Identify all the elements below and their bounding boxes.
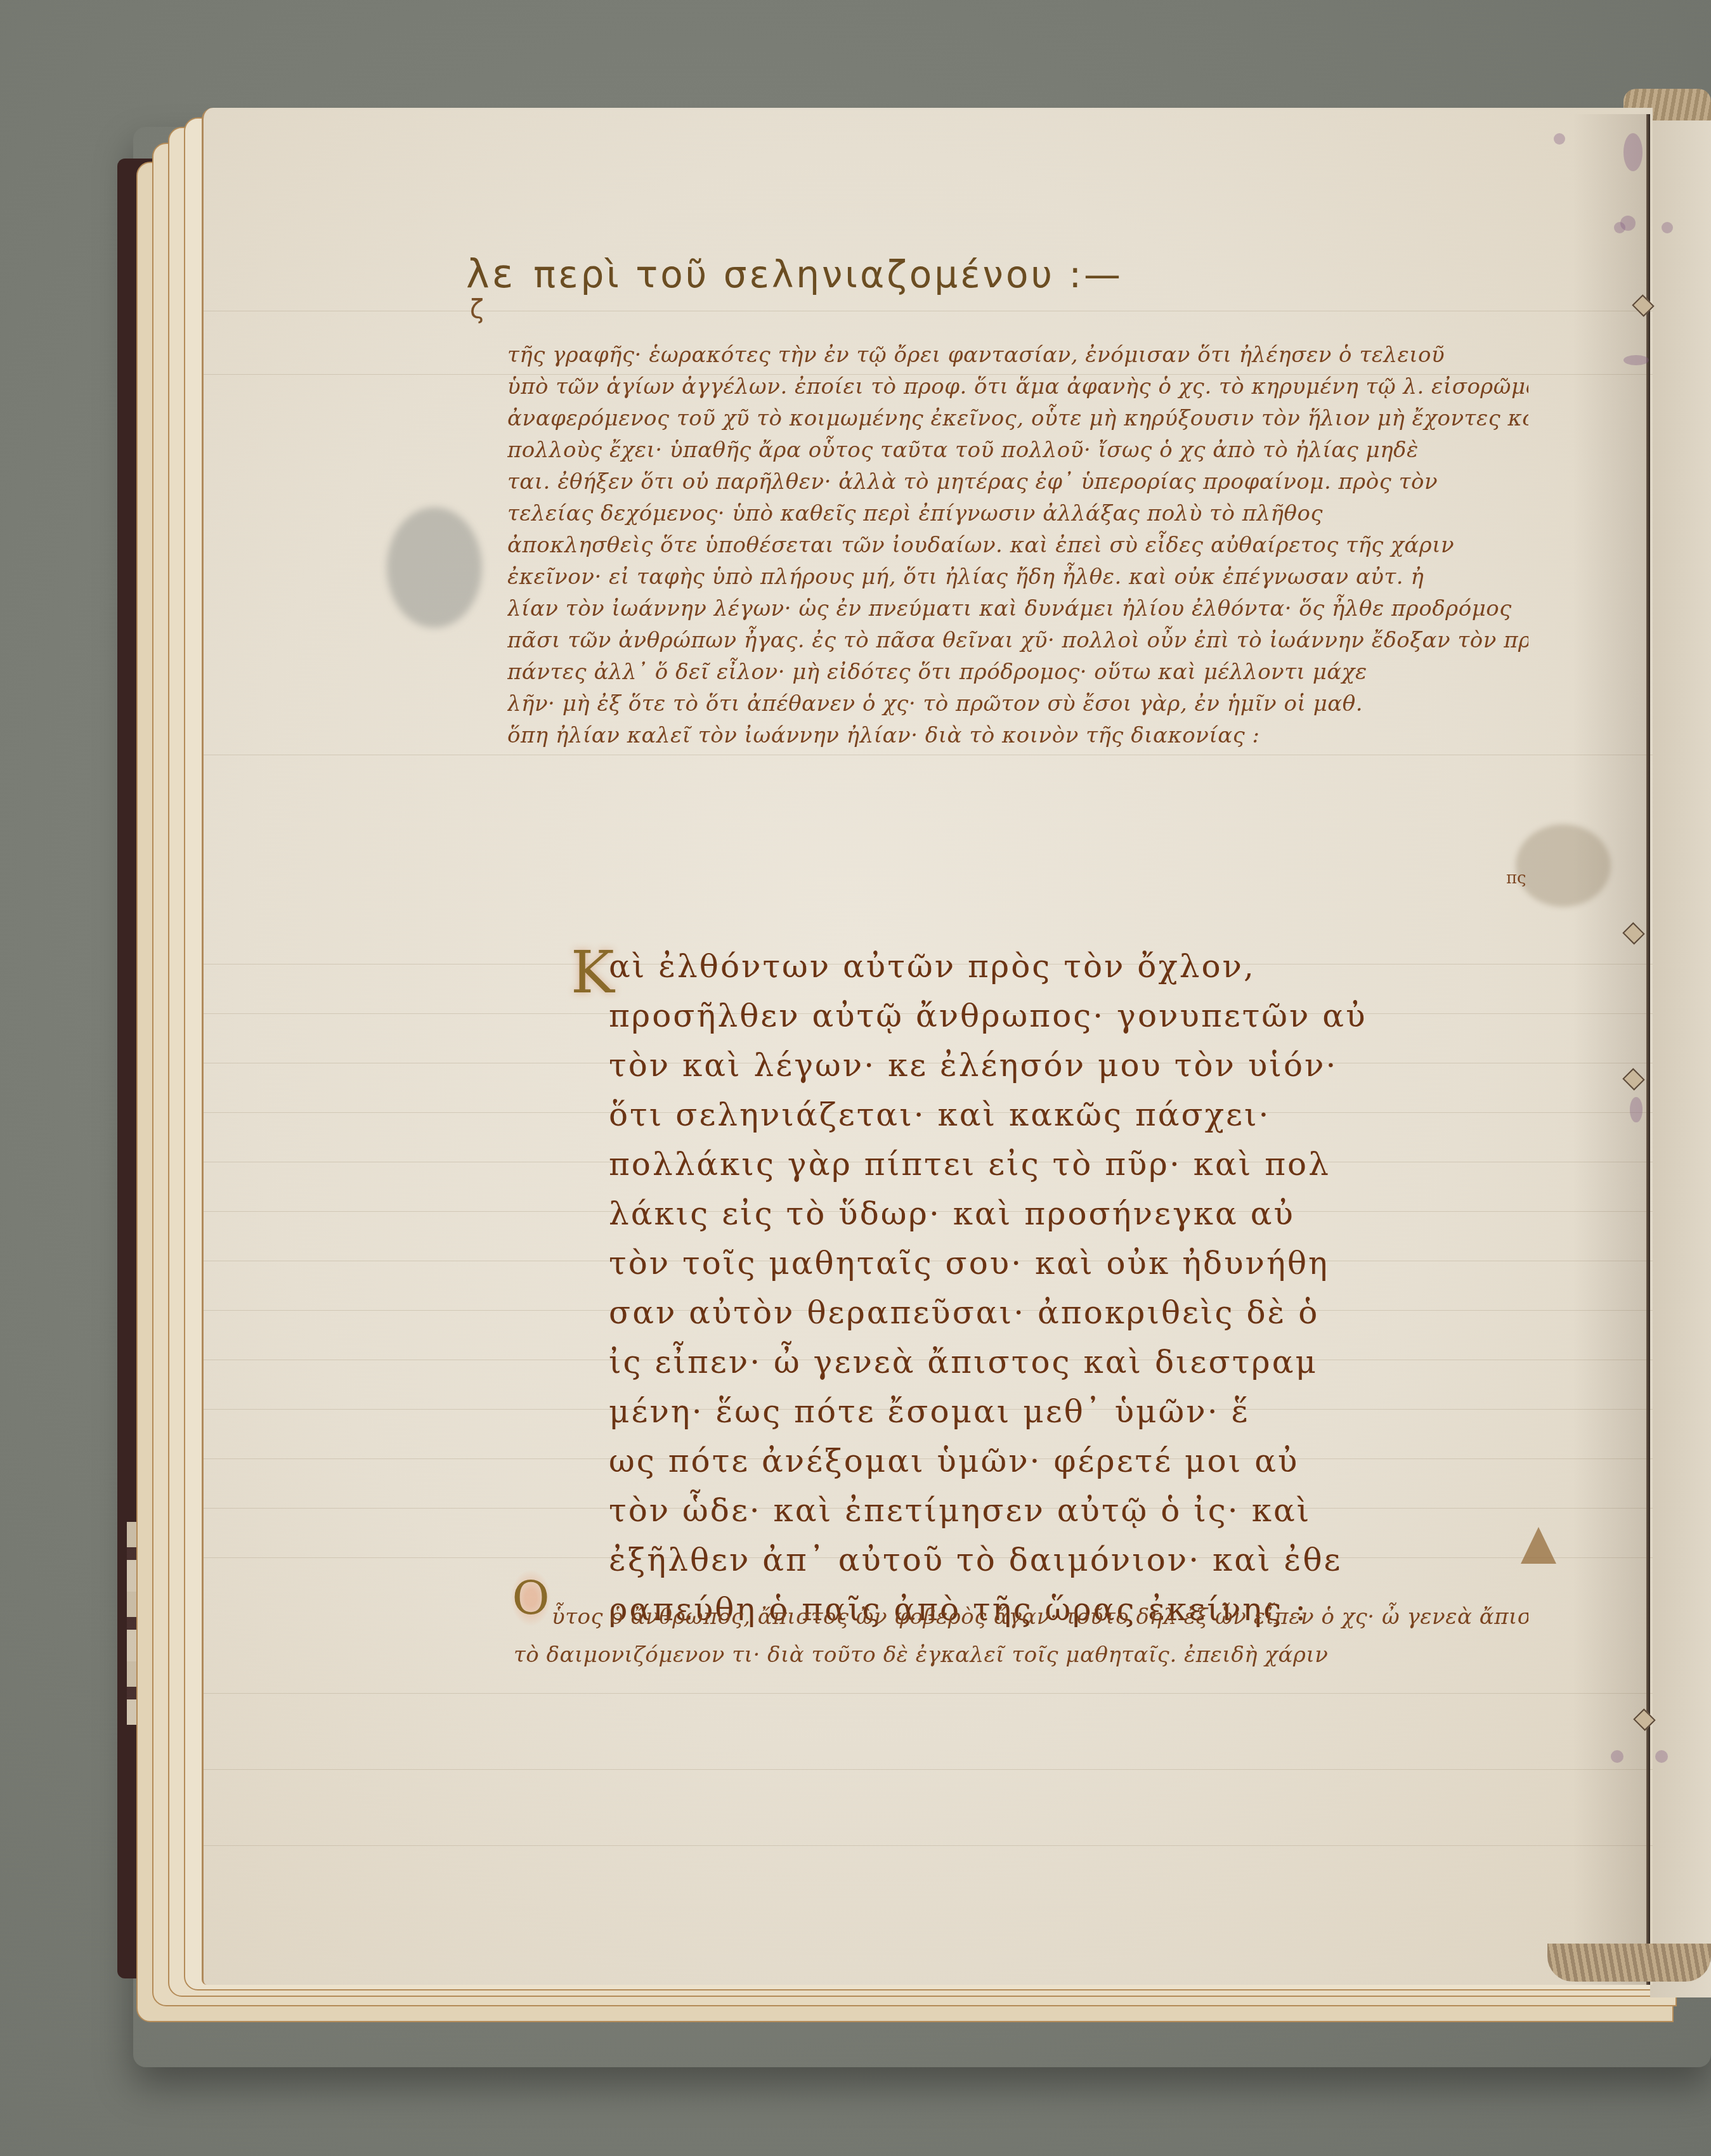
- water-stain: [1516, 824, 1611, 907]
- gospel-line: τὸν τοῖς μαθηταῖς σου· καὶ οὐκ ἠδυνήθη: [609, 1238, 1528, 1288]
- gospel-line: τὸν ὧδε· καὶ ἐπετίμησεν αὐτῷ ὁ ἰς· καὶ: [609, 1486, 1528, 1535]
- gospel-line: σαν αὐτὸν θεραπεῦσαι· ἀποκριθεὶς δὲ ὁ: [609, 1288, 1528, 1337]
- commentary-line: ἀποκλησθεὶς ὅτε ὑποθέσεται τῶν ἰουδαίων.…: [507, 529, 1528, 561]
- commentary-line: τὸ δαιμονιζόμενον τι· διὰ τοῦτο δὲ ἐγκαλ…: [514, 1636, 1528, 1674]
- commentary-line: λίαν τὸν ἰωάννην λέγων· ὡς ἐν πνεύματι κ…: [507, 593, 1528, 625]
- section-number: λε: [466, 250, 516, 297]
- commentary-line: λῆν· μὴ ἐξ ὅτε τὸ ὅτι ἀπέθανεν ὁ χς· τὸ …: [507, 688, 1528, 720]
- commentary-line: πάντες ἀλλ᾽ ὅ δεῖ εἶλον· μὴ εἰδότες ὅτι …: [507, 656, 1528, 688]
- purple-stain: [1614, 222, 1625, 233]
- commentary-line: πολλοὺς ἔχει· ὑπαθῆς ἄρα οὗτος ταῦτα τοῦ…: [507, 434, 1528, 466]
- gospel-line: λάκις εἰς τὸ ὕδωρ· καὶ προσήνεγκα αὐ: [609, 1189, 1528, 1238]
- commentary-block-bottom: ὗτος ὁ ἄνθρωπος, ἄπιστος ὢν φοβερὸς ἄγαν…: [552, 1598, 1528, 1674]
- section-title: περὶ τοῦ σεληνιαζομένου :—: [533, 253, 1123, 296]
- commentary-line: ἀναφερόμενος τοῦ χῦ τὸ κοιμωμένης ἐκεῖνο…: [507, 403, 1528, 434]
- commentary-block-top: τῆς γραφῆς· ἑωρακότες τὴν ἐν τῷ ὄρει φαν…: [507, 339, 1528, 751]
- gospel-line: ὅτι σεληνιάζεται· καὶ κακῶς πάσχει·: [609, 1090, 1528, 1140]
- margin-note: πς: [1506, 869, 1526, 888]
- purple-stain: [1655, 1750, 1668, 1763]
- gospel-line: ἰς εἶπεν· ὦ γενεὰ ἄπιστος καὶ διεστραμ: [609, 1337, 1528, 1387]
- gospel-line: τὸν καὶ λέγων· κε ἐλέησόν μου τὸν υἱόν·: [609, 1041, 1528, 1090]
- commentary-line: ὑπὸ τῶν ἁγίων ἀγγέλων. ἐποίει τὸ προφ. ὅ…: [507, 371, 1528, 403]
- ruling-line: [204, 1769, 1653, 1770]
- gold-initial-o: Ο: [511, 1569, 551, 1627]
- commentary-line: ὗτος ὁ ἄνθρωπος, ἄπιστος ὢν φοβερὸς ἄγαν…: [552, 1598, 1528, 1636]
- ruling-line: [204, 311, 1653, 311]
- ruling-line: [204, 755, 1653, 755]
- gospel-line: προσῆλθεν αὐτῷ ἄνθρωπος· γονυπετῶν αὐ: [609, 991, 1528, 1041]
- purple-stain: [1662, 222, 1673, 233]
- binding-thread-bottom: [1547, 1944, 1711, 1982]
- gospel-line: αὶ ἐλθόντων αὐτῶν πρὸς τὸν ὄχλον,: [609, 942, 1528, 991]
- ruling-line: [204, 1693, 1653, 1694]
- commentary-line: πᾶσι τῶν ἀνθρώπων ἦγας. ἐς τὸ πᾶσα θεῖνα…: [507, 625, 1528, 656]
- gospel-text-block: αὶ ἐλθόντων αὐτῶν πρὸς τὸν ὄχλον, προσῆλ…: [609, 942, 1528, 1634]
- commentary-line: τῆς γραφῆς· ἑωρακότες τὴν ἐν τῷ ὄρει φαν…: [507, 339, 1528, 371]
- purple-stain: [1623, 355, 1649, 365]
- section-heading: λεπερὶ τοῦ σεληνιαζομένου :— ζ: [466, 250, 1123, 297]
- gutter-shadow: [1573, 114, 1649, 1985]
- gray-smudge: [387, 507, 482, 628]
- commentary-line: ὅπη ἠλίαν καλεῖ τὸν ἰωάννην ἠλίαν· διὰ τ…: [507, 720, 1528, 751]
- gospel-line: ἐξῆλθεν ἀπ᾽ αὐτοῦ τὸ δαιμόνιον· καὶ ἐθε: [609, 1535, 1528, 1585]
- gospel-line: πολλάκις γὰρ πίπτει εἰς τὸ πῦρ· καὶ πολ: [609, 1140, 1528, 1189]
- purple-stain: [1554, 133, 1565, 145]
- gospel-line: μένη· ἕως πότε ἔσομαι μεθ᾽ ὑμῶν· ἕ: [609, 1387, 1528, 1436]
- gold-initial-k: Κ: [571, 938, 615, 1006]
- commentary-line: τελείας δεχόμενος· ὑπὸ καθεῖς περὶ ἐπίγν…: [507, 498, 1528, 529]
- purple-stain: [1611, 1750, 1623, 1763]
- book-gutter: [1646, 114, 1650, 1985]
- commentary-line: ἐκεῖνον· εἰ ταφὴς ὑπὸ πλήρους μή, ὅτι ἠλ…: [507, 561, 1528, 593]
- ruling-line: [204, 1845, 1653, 1846]
- commentary-line: ται. ἐθήξεν ὅτι οὐ παρῆλθεν· ἀλλὰ τὸ μητ…: [507, 466, 1528, 498]
- gospel-line: ως πότε ἀνέξομαι ὑμῶν· φέρετέ μοι αὐ: [609, 1436, 1528, 1486]
- purple-stain: [1623, 133, 1643, 171]
- section-sub-number: ζ: [470, 295, 486, 324]
- purple-stain: [1630, 1097, 1643, 1122]
- facing-page-edge: [1650, 120, 1711, 1997]
